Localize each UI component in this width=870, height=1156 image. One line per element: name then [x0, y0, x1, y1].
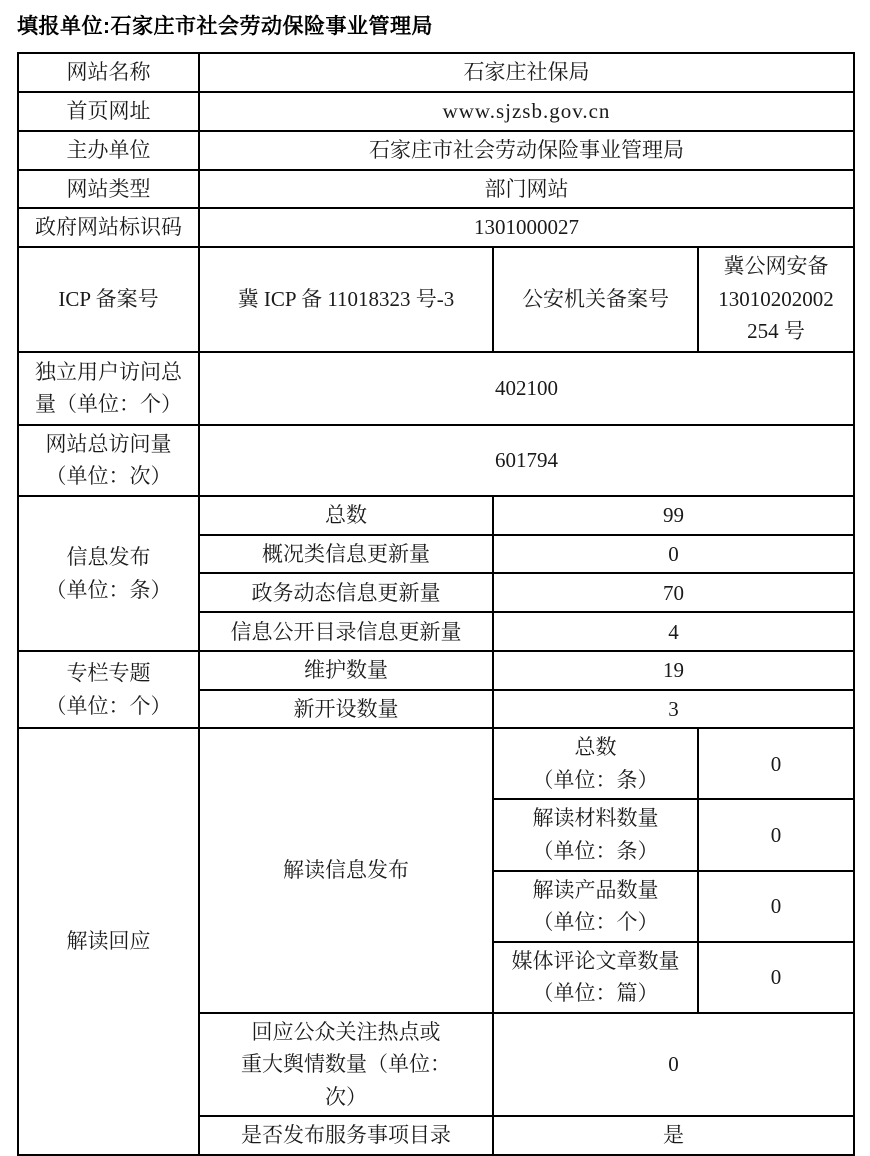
topics-maintained-value: 19: [493, 651, 854, 690]
row-site-name: 网站名称 石家庄社保局: [18, 53, 854, 92]
interpretation-group-label: 解读回应: [18, 728, 199, 1155]
home-url-value: www.sjzsb.gov.cn: [199, 92, 854, 131]
service-directory-label: 是否发布服务事项目录: [199, 1116, 493, 1155]
row-home-url: 首页网址 www.sjzsb.gov.cn: [18, 92, 854, 131]
topics-maintained-label: 维护数量: [199, 651, 493, 690]
info-publish-catalog-label: 信息公开目录信息更新量: [199, 612, 493, 651]
interp-media-value: 0: [698, 942, 854, 1013]
service-directory-value: 是: [493, 1116, 854, 1155]
site-name-value: 石家庄社保局: [199, 53, 854, 92]
info-publish-catalog-value: 4: [493, 612, 854, 651]
hotspot-response-label: 回应公众关注热点或 重大舆情数量（单位： 次）: [199, 1013, 493, 1117]
gov-code-label: 政府网站标识码: [18, 208, 199, 247]
icp-value: 冀 ICP 备 11018323 号-3: [199, 247, 493, 352]
report-table: 网站名称 石家庄社保局 首页网址 www.sjzsb.gov.cn 主办单位 石…: [17, 52, 855, 1156]
row-topics-maintained: 专栏专题 （单位：个） 维护数量 19: [18, 651, 854, 690]
hotspot-response-value: 0: [493, 1013, 854, 1117]
unique-visitors-label: 独立用户访问总 量（单位：个）: [18, 352, 199, 425]
info-publish-dynamics-value: 70: [493, 573, 854, 612]
interp-materials-value: 0: [698, 799, 854, 870]
row-icp: ICP 备案号 冀 ICP 备 11018323 号-3 公安机关备案号 冀公网…: [18, 247, 854, 352]
report-page: 填报单位:石家庄市社会劳动保险事业管理局 网站名称 石家庄社保局 首页网址 ww…: [0, 0, 870, 1145]
interp-products-label: 解读产品数量 （单位：个）: [493, 871, 698, 942]
site-type-value: 部门网站: [199, 170, 854, 209]
interp-media-label: 媒体评论文章数量 （单位：篇）: [493, 942, 698, 1013]
gov-code-value: 1301000027: [199, 208, 854, 247]
icp-label: ICP 备案号: [18, 247, 199, 352]
row-gov-code: 政府网站标识码 1301000027: [18, 208, 854, 247]
total-visits-label: 网站总访问量 （单位：次）: [18, 425, 199, 496]
page-title: 填报单位:石家庄市社会劳动保险事业管理局: [17, 10, 853, 40]
info-publish-dynamics-label: 政务动态信息更新量: [199, 573, 493, 612]
topics-new-value: 3: [493, 690, 854, 729]
topics-group-label: 专栏专题 （单位：个）: [18, 651, 199, 728]
info-publish-total-label: 总数: [199, 496, 493, 535]
info-publish-total-value: 99: [493, 496, 854, 535]
organizer-label: 主办单位: [18, 131, 199, 170]
info-publish-overview-value: 0: [493, 535, 854, 574]
total-visits-value: 601794: [199, 425, 854, 496]
interp-publish-group-label: 解读信息发布: [199, 728, 493, 1012]
row-organizer: 主办单位 石家庄市社会劳动保险事业管理局: [18, 131, 854, 170]
police-record-label: 公安机关备案号: [493, 247, 698, 352]
row-interp-total: 解读回应 解读信息发布 总数 （单位：条） 0: [18, 728, 854, 799]
interp-total-label: 总数 （单位：条）: [493, 728, 698, 799]
organizer-value: 石家庄市社会劳动保险事业管理局: [199, 131, 854, 170]
row-site-type: 网站类型 部门网站: [18, 170, 854, 209]
info-publish-group-label: 信息发布 （单位：条）: [18, 496, 199, 652]
home-url-label: 首页网址: [18, 92, 199, 131]
info-publish-overview-label: 概况类信息更新量: [199, 535, 493, 574]
site-type-label: 网站类型: [18, 170, 199, 209]
unique-visitors-value: 402100: [199, 352, 854, 425]
row-unique-visitors: 独立用户访问总 量（单位：个） 402100: [18, 352, 854, 425]
row-info-publish-total: 信息发布 （单位：条） 总数 99: [18, 496, 854, 535]
row-total-visits: 网站总访问量 （单位：次） 601794: [18, 425, 854, 496]
topics-new-label: 新开设数量: [199, 690, 493, 729]
interp-total-value: 0: [698, 728, 854, 799]
interp-products-value: 0: [698, 871, 854, 942]
police-record-value: 冀公网安备 13010202002 254 号: [698, 247, 854, 352]
interp-materials-label: 解读材料数量 （单位：条）: [493, 799, 698, 870]
site-name-label: 网站名称: [18, 53, 199, 92]
